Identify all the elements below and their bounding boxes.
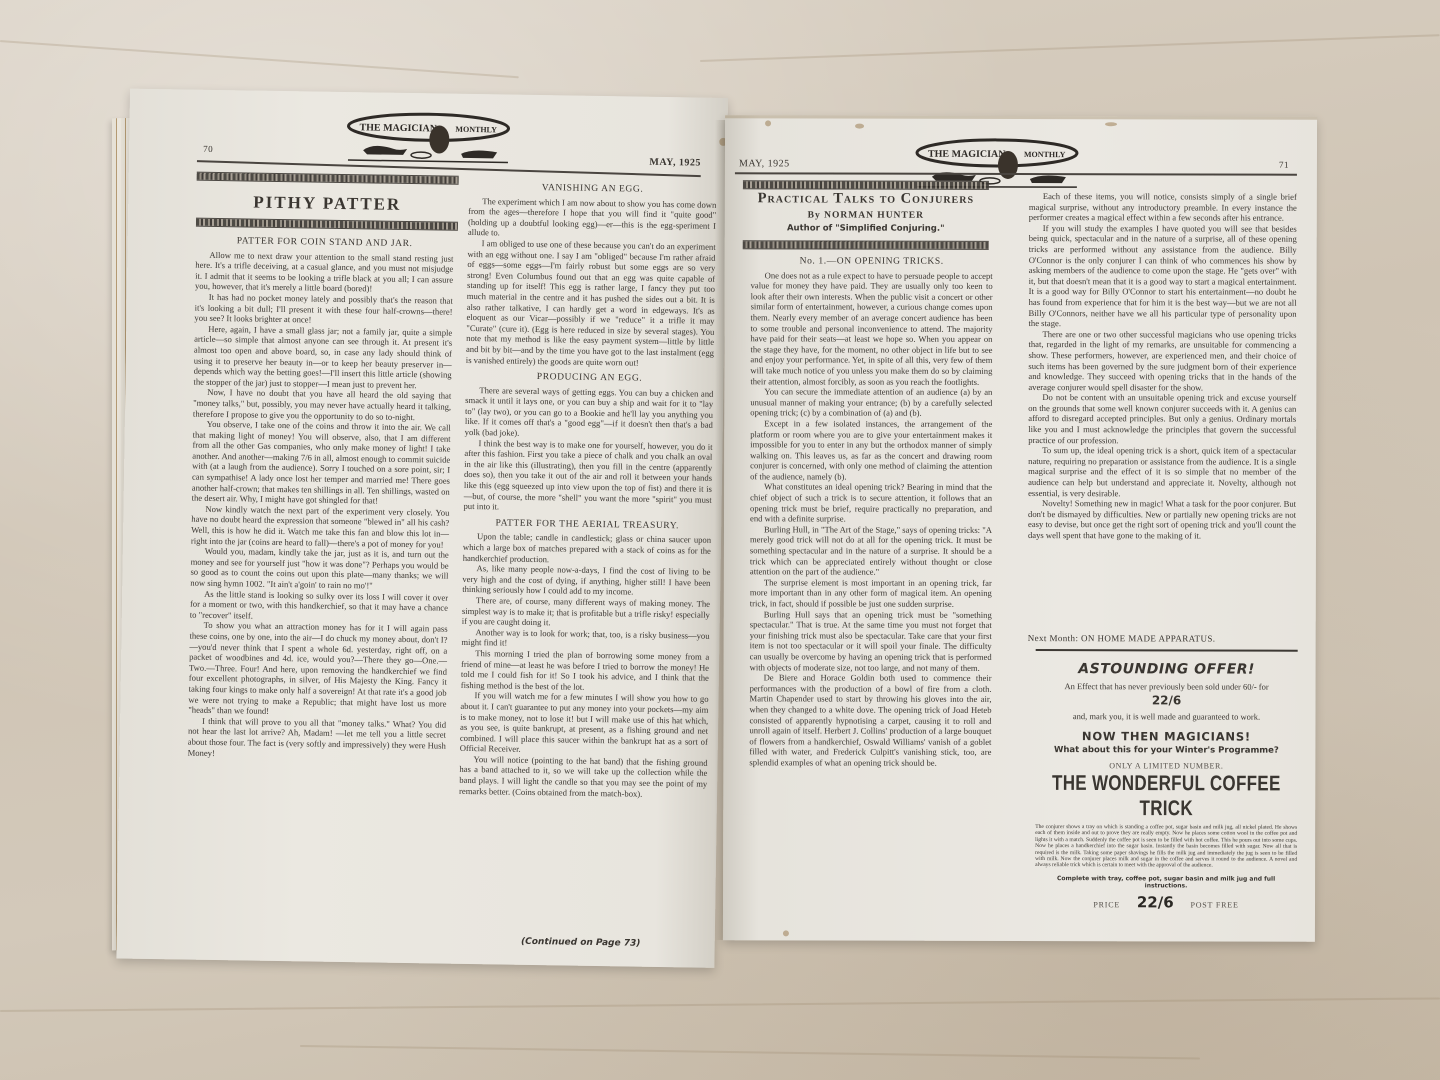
advert-limited: ONLY A LIMITED NUMBER. [1035, 761, 1297, 771]
advert-headline: ASTOUNDING OFFER! [1036, 661, 1298, 678]
advert-price-intro: 22/6 [1036, 693, 1298, 708]
paragraph: If you will study the examples I have qu… [1029, 223, 1297, 330]
foxing-spot [855, 124, 864, 129]
advert-complete-with: Complete with tray, coffee pot, sugar ba… [1035, 875, 1297, 890]
decorative-border-top [197, 172, 459, 185]
paragraph: I am obliged to use one of these because… [466, 238, 716, 369]
paragraph: De Biere and Horace Goldin both used to … [749, 672, 991, 768]
paragraph: Allow me to next draw your attention to … [195, 249, 454, 295]
decorative-border-bottom [196, 218, 458, 231]
article-title: Practical Talks to Conjurers [739, 190, 993, 208]
paragraph: The surprise element is most important i… [750, 577, 992, 609]
advert-price-row: PRICE 22/6 POST FREE [1035, 893, 1297, 912]
issue-date: MAY, 1925 [649, 157, 701, 169]
paragraph: You observe, I take one of the coins and… [192, 419, 451, 508]
subheading-opening-tricks: No. 1.—ON OPENING TRICKS. [751, 256, 993, 267]
left-page: THE MAGICIAN MONTHLY 70 MAY, 1925 PITHY … [116, 89, 728, 968]
paragraph: Would you, madam, kindly take the jar, j… [190, 546, 449, 592]
right-page: THE MAGICIAN MONTHLY MAY, 1925 71 Practi… [723, 115, 1317, 942]
paragraph: Burling Hull says that an opening trick … [750, 609, 992, 673]
paragraph: I think the best way is to make one for … [463, 438, 712, 516]
paragraph: To show you what an attraction money has… [188, 620, 447, 719]
magician-monthly-masthead-logo: THE MAGICIAN MONTHLY [343, 106, 514, 167]
paragraph: Here, again, I have a small glass jar; n… [193, 323, 452, 391]
subheading-coin-stand: PATTER FOR COIN STAND AND JAR. [196, 236, 454, 251]
coffee-trick-advertisement: ASTOUNDING OFFER! An Effect that has nev… [1035, 649, 1298, 890]
advert-question: What about this for your Winter's Progra… [1035, 745, 1297, 756]
left-column-pithy-patter: PATTER FOR COIN STAND AND JAR. Allow me … [185, 230, 454, 934]
advert-description: The conjurer shows a tray on which is st… [1035, 824, 1297, 870]
foxing-spot [783, 930, 789, 936]
paragraph: This morning I tried the plan of borrowi… [461, 648, 710, 694]
paragraph: Do not be content with an unsuitable ope… [1028, 392, 1296, 446]
article-column-1: No. 1.—ON OPENING TRICKS. One does not a… [749, 250, 993, 941]
next-month-note: Next Month: ON HOME MADE APPARATUS. [1028, 633, 1296, 644]
paragraph: Novelty! Something new in magic! What a … [1028, 498, 1296, 541]
subheading: VANISHING AN EGG. [468, 182, 716, 196]
svg-text:THE MAGICIAN: THE MAGICIAN [359, 122, 437, 134]
marble-vein [0, 997, 1440, 1012]
paragraph: As, like many people now-a-days, I find … [462, 563, 710, 599]
svg-text:MONTHLY: MONTHLY [455, 125, 497, 135]
article-column-2: Each of these items, you will notice, co… [1028, 191, 1297, 632]
price-label: PRICE [1093, 900, 1120, 909]
decorative-border-top [743, 180, 989, 190]
postage-note: POST FREE [1190, 900, 1238, 909]
section-title: PITHY PATTER [196, 192, 458, 216]
paragraph: If you will watch me for a few minutes I… [460, 690, 709, 757]
paragraph: You will notice (pointing to the hat ban… [459, 754, 708, 800]
author-note: Author of "Simplified Conjuring." [739, 223, 993, 234]
paragraph: Each of these items, you will notice, co… [1029, 191, 1297, 223]
marble-vein [0, 40, 519, 78]
paragraph: It has had no pocket money lately and po… [194, 292, 452, 328]
subheading: PRODUCING AN EGG. [466, 371, 714, 385]
svg-text:THE MAGICIAN: THE MAGICIAN [928, 149, 1006, 160]
paragraph: There are several ways of getting eggs. … [465, 385, 714, 442]
paragraph: Now kindly watch the next part of the ex… [191, 503, 450, 549]
advert-divider [1036, 649, 1298, 652]
paragraph: There are one or two other successful ma… [1028, 329, 1296, 393]
paragraph: You can secure the immediate attention o… [750, 386, 992, 418]
paragraph: What constitutes an ideal opening trick?… [750, 482, 992, 525]
advert-line2: and, mark you, it is well made and guara… [1035, 711, 1297, 722]
paragraph: To sum up, the ideal opening trick is a … [1028, 445, 1296, 499]
svg-text:MONTHLY: MONTHLY [1024, 150, 1066, 159]
decorative-border-bottom [743, 240, 989, 250]
paragraph: One does not as a rule expect to have to… [750, 270, 992, 387]
paragraph: Upon the table; candle in candlestick; g… [463, 531, 711, 567]
article-byline: By NORMAN HUNTER [739, 210, 993, 221]
right-column-egg-patter: VANISHING AN EGG.The experiment which I … [457, 182, 717, 926]
price-value: 22/6 [1137, 893, 1174, 911]
paragraph: Burling Hull, in "The Art of the Stage,"… [750, 524, 992, 578]
paragraph: The experiment which I am now about to s… [468, 196, 717, 242]
paragraph: As the little stand is looking so sulky … [190, 588, 448, 624]
paragraph: Except in a few isolated instances, the … [750, 418, 992, 482]
foxing-spot [1105, 122, 1117, 126]
marble-vein [300, 1045, 1200, 1060]
paragraph: I think that will prove to you all that … [188, 715, 447, 761]
page-number: 70 [203, 144, 213, 154]
issue-date: MAY, 1925 [739, 158, 790, 169]
advert-line1: An Effect that has never previously been… [1036, 681, 1298, 692]
continued-note: (Continued on Page 73) [457, 936, 705, 950]
page-number: 71 [1279, 160, 1289, 170]
advert-headline2: NOW THEN MAGICIANS! [1035, 729, 1297, 744]
foxing-spot [765, 120, 771, 126]
paragraph: Now, I have no doubt that you have all h… [193, 387, 451, 423]
subheading: PATTER FOR THE AERIAL TREASURY. [463, 518, 711, 532]
marble-vein [700, 34, 1440, 62]
advert-product-name: THE WONDERFUL COFFEE TRICK [1035, 771, 1297, 822]
paragraph: There are, of course, many different way… [462, 595, 710, 631]
